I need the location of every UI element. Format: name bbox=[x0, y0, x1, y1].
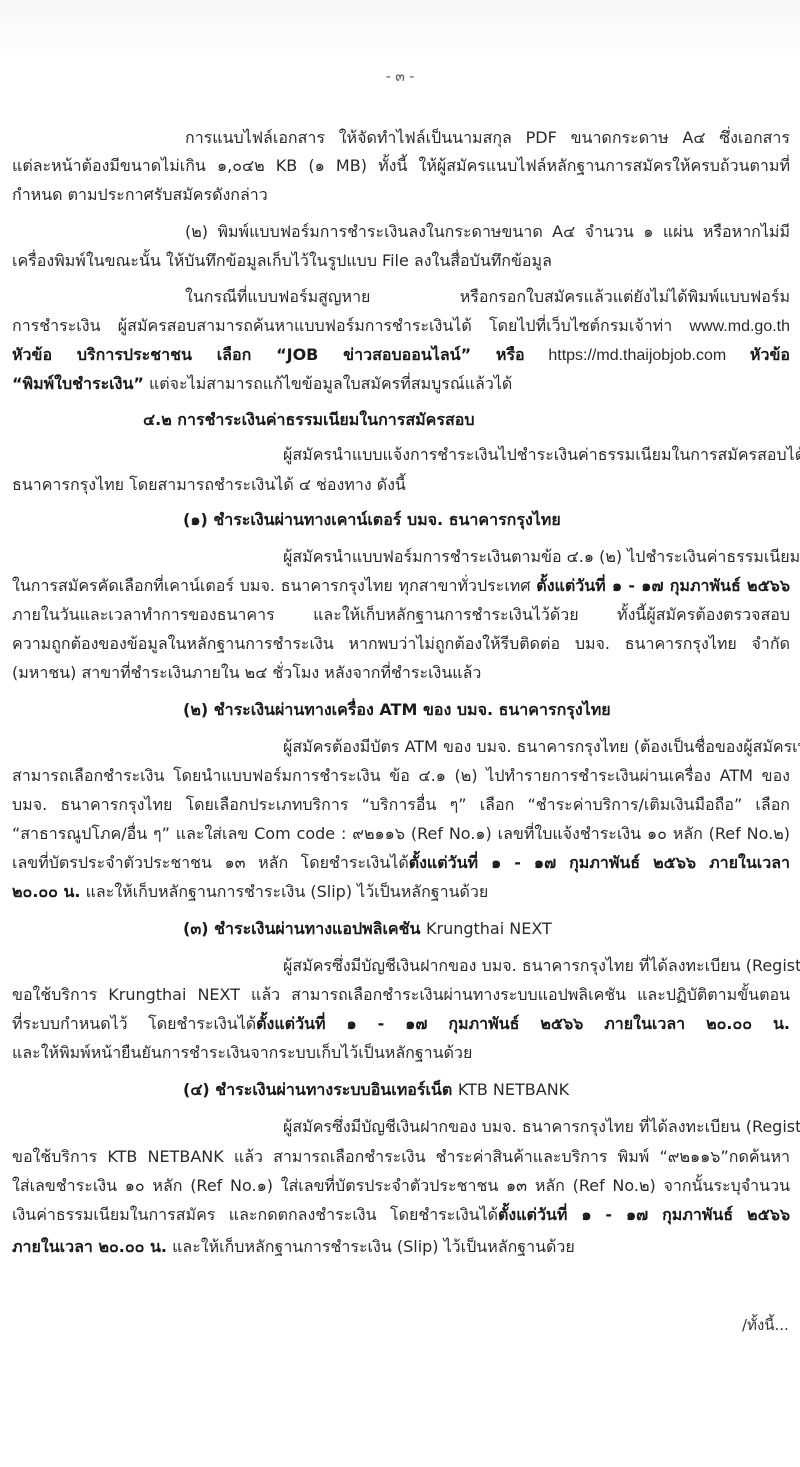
body-line: ใส่เลขชำระเงิน ๑๐ หลัก (Ref No.๑) ใส่เลข… bbox=[12, 1173, 790, 1199]
body-line: ขอใช้บริการ KTB NETBANK แล้ว สามารถเลือก… bbox=[12, 1144, 790, 1170]
subsection-heading: (๓) ชำระเงินผ่านทางแอปพลิเคชัน Krungthai… bbox=[183, 916, 790, 942]
body-line: ผู้สมัครนำแบบแจ้งการชำระเงินไปชำระเงินค่… bbox=[283, 442, 790, 468]
text-segment: ขอใช้บริการ KTB NETBANK แล้ว สามารถเลือก… bbox=[12, 1147, 790, 1166]
body-line: ขอใช้บริการ Krungthai NEXT แล้ว สามารถเล… bbox=[12, 982, 790, 1008]
heading-text: ๔.๒ การชำระเงินค่าธรรมเนียมในการสมัครสอบ bbox=[143, 410, 475, 429]
body-line: เงินค่าธรรมเนียมในการสมัคร และกดตกลงชำระ… bbox=[12, 1202, 790, 1228]
body-line: เลขที่บัตรประจำตัวประชาชน ๑๓ หลัก โดยชำร… bbox=[12, 850, 790, 876]
body-line: ผู้สมัครต้องมีบัตร ATM ของ บมจ. ธนาคารกร… bbox=[283, 734, 790, 760]
body-line: ในการสมัครคัดเลือกที่เคาน์เตอร์ บมจ. ธนา… bbox=[12, 573, 790, 599]
subsection-heading: (๔) ชำระเงินผ่านทางระบบอินเทอร์เน็ต KTB … bbox=[183, 1077, 790, 1103]
text-segment: หัวข้อ บริการประชาชน เลือก “JOB ข่าวสอบอ… bbox=[12, 345, 525, 364]
body-line: ผู้สมัครซึ่งมีบัญชีเงินฝากของ บมจ. ธนาคา… bbox=[283, 953, 790, 979]
text-segment: เครื่องพิมพ์ในขณะนั้น ให้บันทึกข้อมูลเก็… bbox=[12, 251, 552, 270]
body-line: (๒) พิมพ์แบบฟอร์มการชำระเงินลงในกระดาษขน… bbox=[185, 219, 790, 245]
date-range: ตั้งแต่วันที่ ๑ - ๑๗ กุมภาพันธ์ ๒๕๖๖ ภาย… bbox=[256, 1014, 790, 1033]
text-segment: ผู้สมัครซึ่งมีบัญชีเงินฝากของ บมจ. ธนาคา… bbox=[283, 956, 800, 975]
body-line: ธนาคารกรุงไทย โดยสามารถชำระเงินได้ ๔ ช่อ… bbox=[12, 472, 790, 498]
text-segment: และให้เก็บหลักฐานการชำระเงิน (Slip) ไว้เ… bbox=[81, 882, 489, 901]
text-segment: ผู้สมัครต้องมีบัตร ATM ของ บมจ. ธนาคารกร… bbox=[283, 737, 800, 756]
subsection-heading: (๒) ชำระเงินผ่านทางเครื่อง ATM ของ บมจ. … bbox=[183, 697, 790, 723]
time-text: ภายในเวลา ๒๐.๐๐ น. bbox=[12, 1237, 167, 1256]
date-range: ตั้งแต่วันที่ ๑ - ๑๗ กุมภาพันธ์ ๒๕๖๖ bbox=[536, 576, 790, 595]
text-segment: การแนบไฟล์เอกสาร ให้จัดทำไฟล์เป็นนามสกุล… bbox=[185, 128, 790, 147]
body-line: ในกรณีที่แบบฟอร์มสูญหาย หรือกรอกใบสมัครแ… bbox=[185, 284, 790, 310]
text-segment: ธนาคารกรุงไทย โดยสามารถชำระเงินได้ ๔ ช่อ… bbox=[12, 475, 406, 494]
body-line: “สาธารณูปโภค/อื่น ๆ” และใส่เลข Com code … bbox=[12, 821, 790, 847]
text-segment: ในกรณีที่แบบฟอร์มสูญหาย หรือกรอกใบสมัครแ… bbox=[185, 287, 790, 306]
text-segment: แต่จะไม่สามารถแก้ไขข้อมูลใบสมัครที่สมบูร… bbox=[144, 374, 512, 393]
text-segment: ขอใช้บริการ Krungthai NEXT แล้ว สามารถเล… bbox=[12, 985, 790, 1004]
service-name: KTB NETBANK bbox=[458, 1080, 569, 1099]
page-number: - ๓ - bbox=[0, 66, 800, 88]
website-link[interactable]: www.md.go.th bbox=[690, 318, 790, 335]
text-segment: เงินค่าธรรมเนียมในการสมัคร และกดตกลงชำระ… bbox=[12, 1205, 498, 1224]
text-segment: ภายในวันและเวลาทำการของธนาคาร และให้เก็บ… bbox=[12, 605, 790, 624]
text-segment: ความถูกต้องของข้อมูลในหลักฐานการชำระเงิน… bbox=[12, 634, 790, 653]
document-page: - ๓ - การแนบไฟล์เอกสาร ให้จัดทำไฟล์เป็นน… bbox=[0, 0, 800, 1467]
text-segment: (มหาชน) สาขาที่ชำระเงินภายใน ๒๔ ชั่วโมง … bbox=[12, 663, 481, 682]
text-segment: “พิมพ์ใบชำระเงิน” bbox=[12, 374, 144, 393]
text-segment: เลขที่บัตรประจำตัวประชาชน ๑๓ หลัก โดยชำร… bbox=[12, 853, 409, 872]
heading-text: (๓) ชำระเงินผ่านทางแอปพลิเคชัน bbox=[183, 919, 426, 938]
body-line: การชำระเงิน ผู้สมัครสอบสามารถค้นหาแบบฟอร… bbox=[12, 313, 790, 339]
continuation-marker: /ทั้งนี้... bbox=[742, 1313, 789, 1337]
body-line: สามารถเลือกชำระเงิน โดยนำแบบฟอร์มการชำระ… bbox=[12, 763, 790, 789]
heading-text: (๑) ชำระเงินผ่านทางเคาน์เตอร์ บมจ. ธนาคา… bbox=[183, 510, 561, 529]
text-segment: ผู้สมัครนำแบบฟอร์มการชำระเงินตามข้อ ๔.๑ … bbox=[283, 547, 800, 566]
text-segment: กำหนด ตามประกาศรับสมัครดังกล่าว bbox=[12, 185, 268, 204]
body-line: ภายในวันและเวลาทำการของธนาคาร และให้เก็บ… bbox=[12, 602, 790, 628]
app-name: Krungthai NEXT bbox=[426, 919, 552, 938]
text-segment: หัวข้อ bbox=[750, 345, 790, 364]
heading-text: (๒) ชำระเงินผ่านทางเครื่อง ATM ของ บมจ. … bbox=[183, 700, 611, 719]
body-line: ภายในเวลา ๒๐.๐๐ น. และให้เก็บหลักฐานการช… bbox=[12, 1234, 790, 1260]
text-segment: ในการสมัครคัดเลือกที่เคาน์เตอร์ บมจ. ธนา… bbox=[12, 576, 536, 595]
section-heading: ๔.๒ การชำระเงินค่าธรรมเนียมในการสมัครสอบ bbox=[143, 407, 790, 433]
text-segment: (๒) พิมพ์แบบฟอร์มการชำระเงินลงในกระดาษขน… bbox=[185, 222, 790, 241]
text-segment: “สาธารณูปโภค/อื่น ๆ” และใส่เลข Com code … bbox=[12, 824, 790, 843]
text-segment: และให้พิมพ์หน้ายืนยันการชำระเงินจากระบบเ… bbox=[12, 1043, 472, 1062]
body-line: การแนบไฟล์เอกสาร ให้จัดทำไฟล์เป็นนามสกุล… bbox=[185, 125, 790, 151]
text-segment: ผู้สมัครซึ่งมีบัญชีเงินฝากของ บมจ. ธนาคา… bbox=[283, 1117, 800, 1136]
heading-text: (๔) ชำระเงินผ่านทางระบบอินเทอร์เน็ต bbox=[183, 1080, 458, 1099]
body-line: และให้พิมพ์หน้ายืนยันการชำระเงินจากระบบเ… bbox=[12, 1040, 790, 1066]
body-line: ผู้สมัครนำแบบฟอร์มการชำระเงินตามข้อ ๔.๑ … bbox=[283, 544, 790, 570]
text-segment: ผู้สมัครนำแบบแจ้งการชำระเงินไปชำระเงินค่… bbox=[283, 445, 800, 464]
text-segment: การชำระเงิน ผู้สมัครสอบสามารถค้นหาแบบฟอร… bbox=[12, 316, 690, 335]
body-line: ความถูกต้องของข้อมูลในหลักฐานการชำระเงิน… bbox=[12, 631, 790, 657]
subsection-heading: (๑) ชำระเงินผ่านทางเคาน์เตอร์ บมจ. ธนาคา… bbox=[183, 507, 790, 533]
body-line: ๒๐.๐๐ น. และให้เก็บหลักฐานการชำระเงิน (S… bbox=[12, 879, 790, 905]
body-line: บมจ. ธนาคารกรุงไทย โดยเลือกประเภทบริการ … bbox=[12, 792, 790, 818]
body-line: แต่ละหน้าต้องมีขนาดไม่เกิน ๑,๐๔๒ KB (๑ M… bbox=[12, 153, 790, 179]
body-line: หัวข้อ บริการประชาชน เลือก “JOB ข่าวสอบอ… bbox=[12, 342, 790, 368]
text-segment: และให้เก็บหลักฐานการชำระเงิน (Slip) ไว้เ… bbox=[167, 1237, 575, 1256]
body-line: ผู้สมัครซึ่งมีบัญชีเงินฝากของ บมจ. ธนาคา… bbox=[283, 1114, 790, 1140]
body-line: “พิมพ์ใบชำระเงิน” แต่จะไม่สามารถแก้ไขข้อ… bbox=[12, 371, 790, 397]
text-segment: ที่ระบบกำหนดไว้ โดยชำระเงินได้ bbox=[12, 1014, 256, 1033]
thaijobjob-link[interactable]: https://md.thaijobjob.com bbox=[525, 347, 750, 364]
date-range: ตั้งแต่วันที่ ๑ - ๑๗ กุมภาพันธ์ ๒๕๖๖ ภาย… bbox=[409, 853, 790, 872]
text-segment: บมจ. ธนาคารกรุงไทย โดยเลือกประเภทบริการ … bbox=[12, 795, 790, 814]
body-line: กำหนด ตามประกาศรับสมัครดังกล่าว bbox=[12, 182, 790, 208]
body-line: ที่ระบบกำหนดไว้ โดยชำระเงินได้ตั้งแต่วัน… bbox=[12, 1011, 790, 1037]
text-segment: สามารถเลือกชำระเงิน โดยนำแบบฟอร์มการชำระ… bbox=[12, 766, 790, 785]
body-line: (มหาชน) สาขาที่ชำระเงินภายใน ๒๔ ชั่วโมง … bbox=[12, 660, 790, 686]
date-range: ตั้งแต่วันที่ ๑ - ๑๗ กุมภาพันธ์ ๒๕๖๖ bbox=[498, 1205, 790, 1224]
time-text: ๒๐.๐๐ น. bbox=[12, 882, 81, 901]
body-line: เครื่องพิมพ์ในขณะนั้น ให้บันทึกข้อมูลเก็… bbox=[12, 248, 790, 274]
text-segment: ใส่เลขชำระเงิน ๑๐ หลัก (Ref No.๑) ใส่เลข… bbox=[12, 1176, 790, 1195]
text-segment: แต่ละหน้าต้องมีขนาดไม่เกิน ๑,๐๔๒ KB (๑ M… bbox=[12, 156, 790, 175]
